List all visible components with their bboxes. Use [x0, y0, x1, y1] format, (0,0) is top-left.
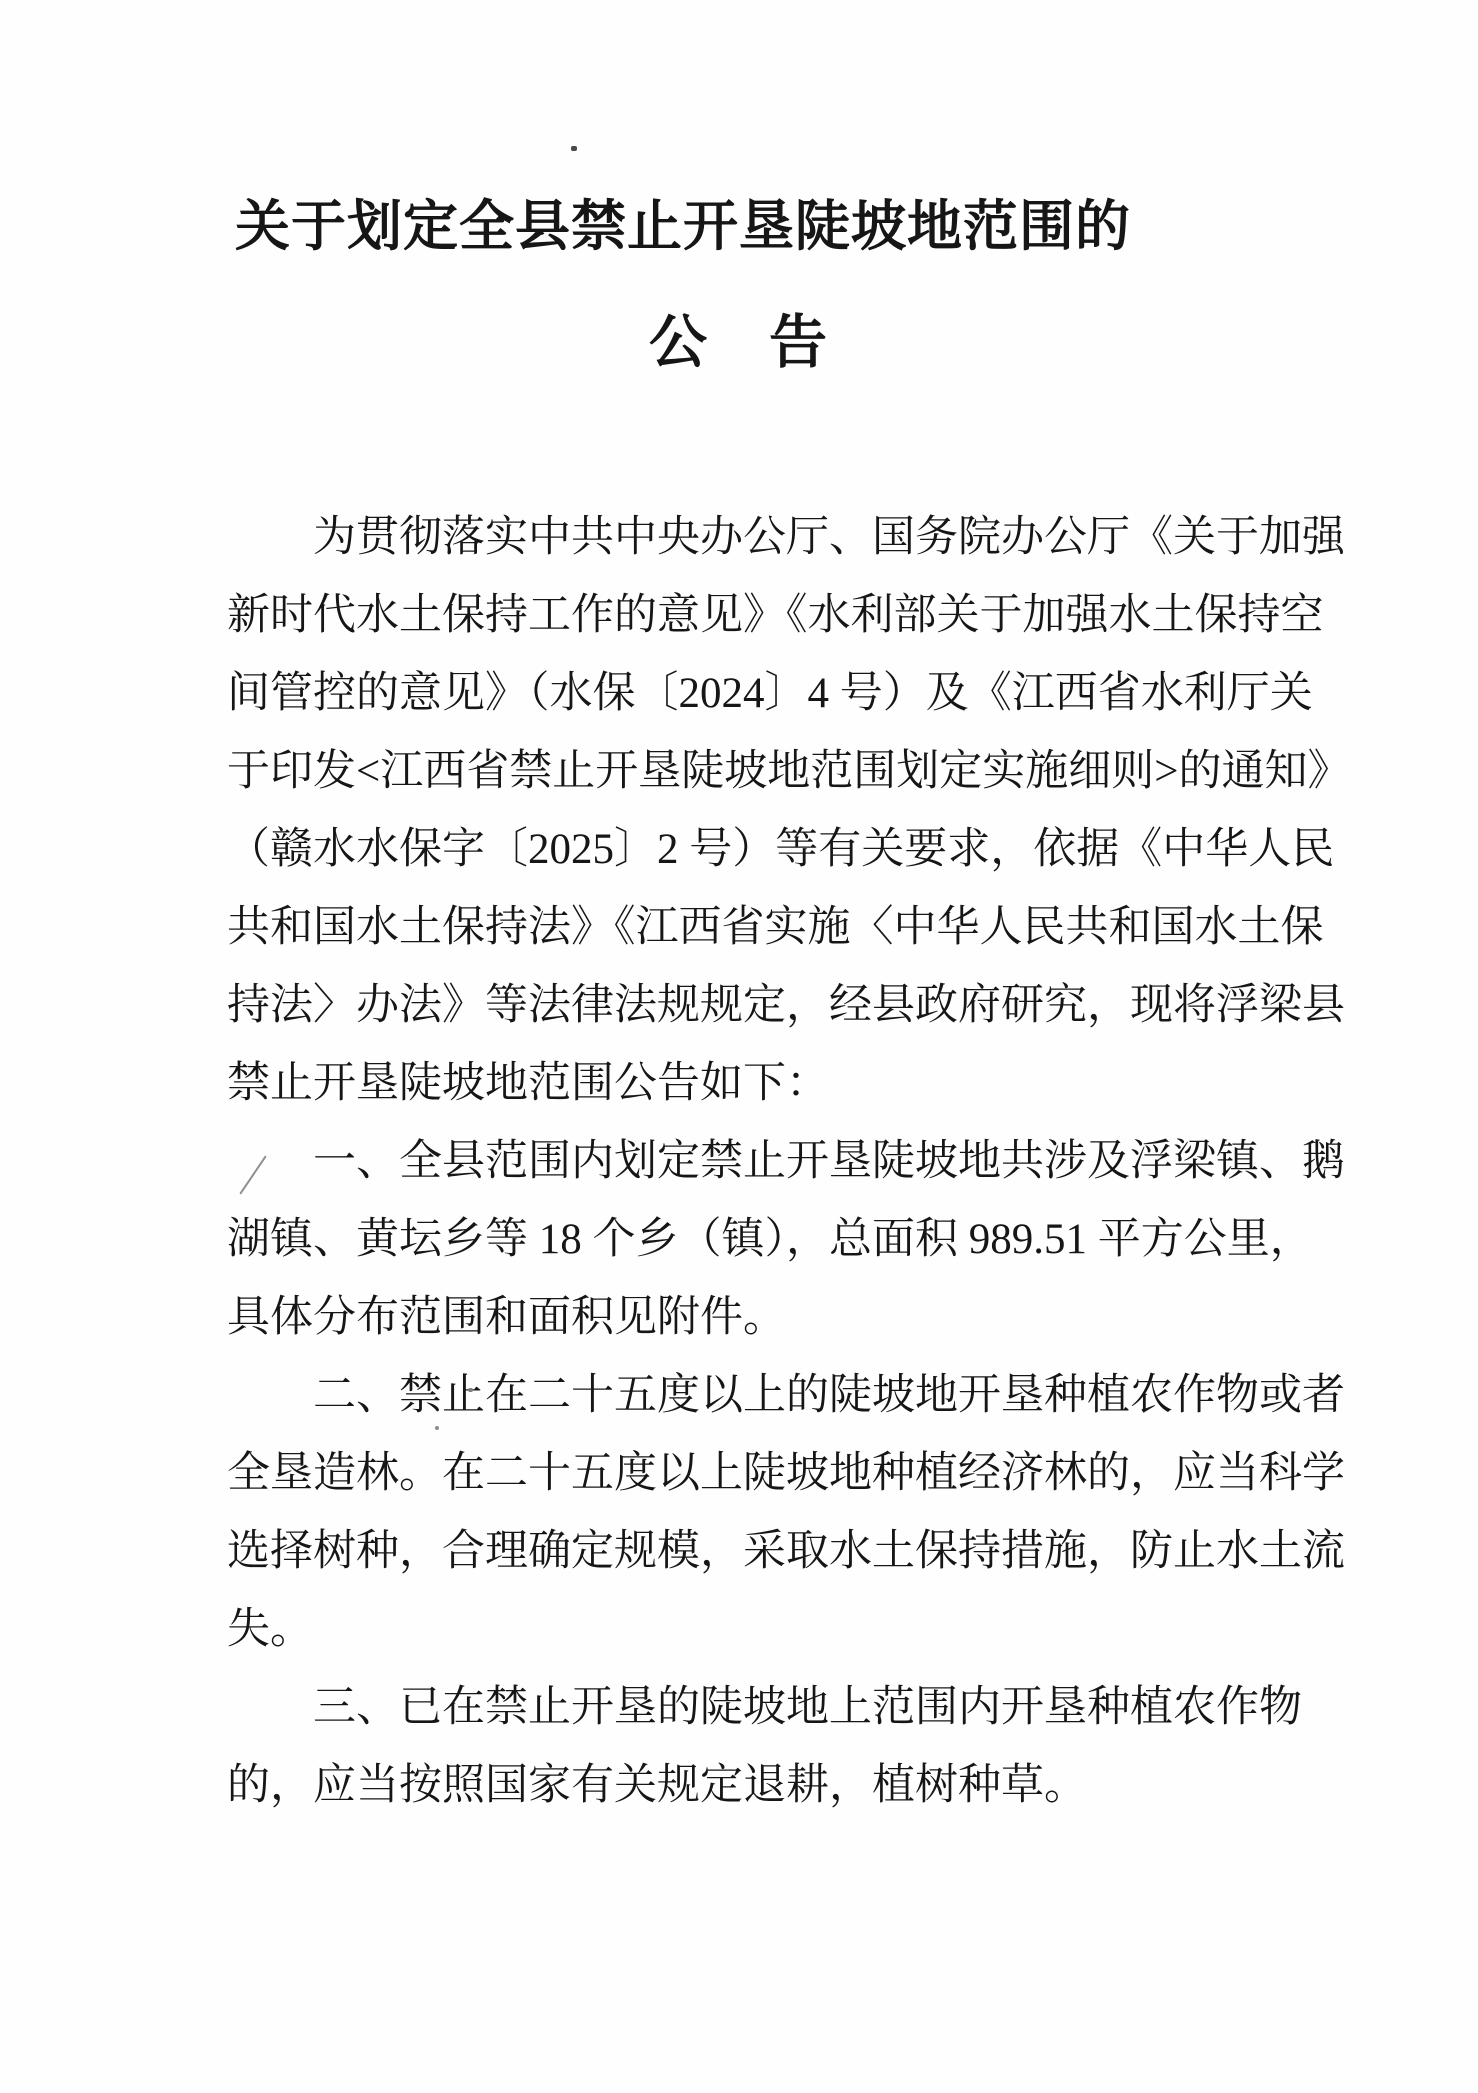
- body-line-3: 间管控的意见》（水保〔2024〕4 号）及《江西省水利厅关: [227, 655, 1292, 733]
- body-line-7: 持法〉办法》等法律法规规定，经县政府研究，现将浮梁县: [227, 967, 1292, 1045]
- body-line-1: 为贯彻落实中共中央办公厅、国务院办公厅《关于加强: [227, 499, 1292, 577]
- body-line-14: 选择树种，合理确定规模，采取水土保持措施，防止水土流: [227, 1513, 1292, 1591]
- body-line-12: 二、禁止在二十五度以上的陡坡地开垦种植农作物或者: [227, 1357, 1292, 1435]
- document-subtitle: 公 告: [0, 311, 1478, 375]
- body-line-4: 于印发<江西省禁止开垦陡坡地范围划定实施细则>的通知》: [227, 733, 1292, 811]
- body-line-13: 全垦造林。在二十五度以上陡坡地种植经济林的，应当科学: [227, 1435, 1292, 1513]
- body-line-8: 禁止开垦陡坡地范围公告如下：: [227, 1045, 1292, 1123]
- scan-speck: [571, 146, 577, 151]
- body-line-6: 共和国水土保持法》《江西省实施〈中华人民共和国水土保: [227, 889, 1292, 967]
- document-title: 关于划定全县禁止开垦陡坡地范围的: [0, 193, 1422, 259]
- body-line-5: （赣水水保字〔2025〕2 号）等有关要求，依据《中华人民: [227, 811, 1292, 889]
- body-line-16: 三、已在禁止开垦的陡坡地上范围内开垦种植农作物: [227, 1669, 1292, 1747]
- body-line-9: 一、全县范围内划定禁止开垦陡坡地共涉及浮梁镇、鹅: [227, 1123, 1292, 1201]
- body-line-10: 湖镇、黄坛乡等 18 个乡（镇），总面积 989.51 平方公里，: [227, 1201, 1292, 1279]
- body-line-15: 失。: [227, 1591, 1292, 1669]
- body-line-2: 新时代水土保持工作的意见》《水利部关于加强水土保持空: [227, 577, 1292, 655]
- body-line-11: 具体分布范围和面积见附件。: [227, 1279, 1292, 1357]
- document-body: 为贯彻落实中共中央办公厅、国务院办公厅《关于加强 新时代水土保持工作的意见》《水…: [227, 499, 1292, 1825]
- body-line-17: 的，应当按照国家有关规定退耕，植树种草。: [227, 1747, 1292, 1825]
- document-page: 关于划定全县禁止开垦陡坡地范围的 公 告 为贯彻落实中共中央办公厅、国务院办公厅…: [0, 0, 1478, 2093]
